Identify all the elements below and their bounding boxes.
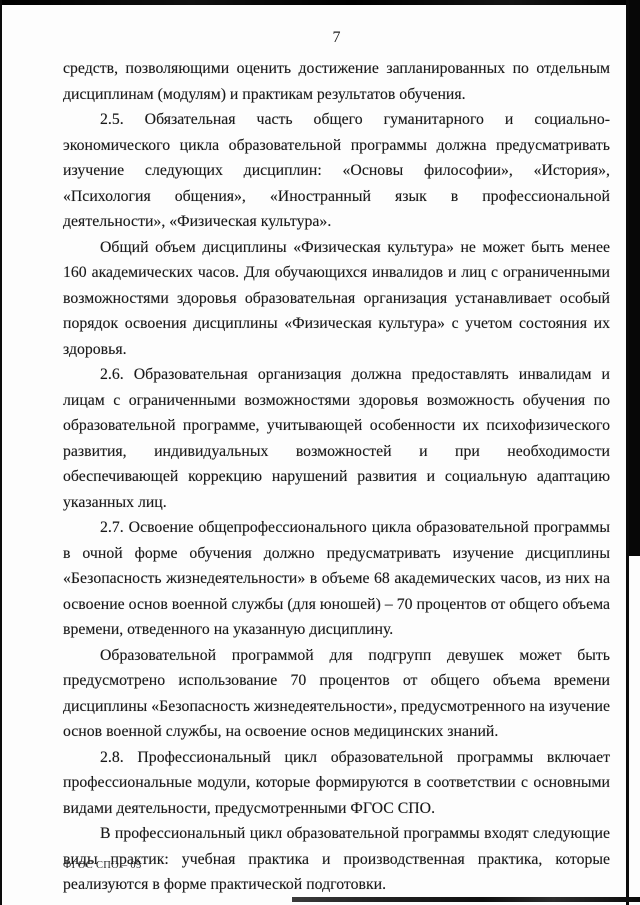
scan-edge-left bbox=[0, 0, 2, 905]
scan-edge-right-line bbox=[626, 0, 629, 905]
paragraph-2-5: 2.5. Обязательная часть общего гуманитар… bbox=[63, 107, 610, 235]
paragraph-practice-types: В профессиональный цикл образовательной … bbox=[63, 821, 610, 898]
document-body: средств, позволяющими оценить достижение… bbox=[63, 56, 610, 898]
paragraph-2-8: 2.8. Профессиональный цикл образовательн… bbox=[63, 745, 610, 822]
scan-edge-right-band bbox=[628, 0, 640, 556]
page-number: 7 bbox=[63, 29, 610, 47]
paragraph-physical-culture-volume: Общий объем дисциплины «Физическая культ… bbox=[63, 235, 610, 363]
paragraph-girls-subgroups: Образовательной программой для подгрупп … bbox=[63, 643, 610, 745]
scan-edge-top bbox=[0, 0, 640, 5]
scan-edge-bottom-bar bbox=[292, 897, 640, 902]
footer-document-code: ФГОС СПО – 05 bbox=[63, 860, 142, 871]
scanned-document-page: 7 средств, позволяющими оценить достижен… bbox=[0, 0, 640, 905]
paragraph-continuation: средств, позволяющими оценить достижение… bbox=[63, 56, 610, 107]
paragraph-2-6: 2.6. Образовательная организация должна … bbox=[63, 362, 610, 515]
paragraph-2-7: 2.7. Освоение общепрофессионального цикл… bbox=[63, 515, 610, 643]
